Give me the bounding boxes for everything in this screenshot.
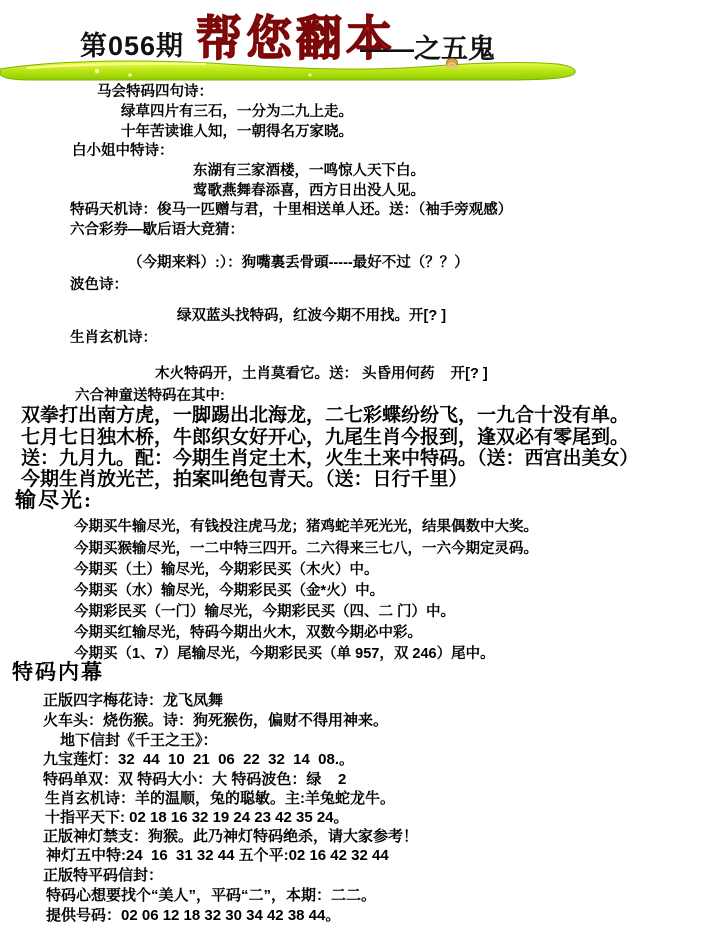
text-line: 今期买猴输尽光，一二中特三四开。二六得来三七八，一六今期定灵码。 xyxy=(74,541,538,558)
text-line: 木火特码开，土肖莫看它。送： 头昏用何药 开[? ] xyxy=(155,366,488,383)
text-line: 生肖玄机诗：羊的温顺，兔的聪敏。主:羊兔蛇龙牛。 xyxy=(45,790,395,807)
text-line: 正版神灯禁支：狗猴。此乃神灯特码绝杀，请大家参考！ xyxy=(43,828,418,845)
text-line: 生肖玄机诗： xyxy=(70,330,157,347)
text-line: 绿草四片有三石，一分为二九上走。 xyxy=(121,104,353,121)
text-line: 十指平天下: 02 18 16 32 19 24 23 42 35 24。 xyxy=(45,809,349,826)
text-line: 莺歌燕舞春添喜，西方日出没人见。 xyxy=(193,183,425,200)
text-line: 地下信封《千王之王》： xyxy=(60,732,218,749)
text-line: 今期买红输尽光，特码今期出火木，双数今期必中彩。 xyxy=(74,625,422,642)
text-line: 东湖有三家酒楼，一鸣惊人天下白。 xyxy=(193,163,425,180)
text-line: 今期彩民买（一门）输尽光，今期彩民买（四、二 门）中。 xyxy=(74,604,455,621)
text-line: 六合彩券—歇后语大竞猜： xyxy=(70,222,244,239)
banner-pebble xyxy=(308,73,312,77)
banner-pebble xyxy=(128,73,132,77)
text-line: 特码天机诗：俊马一匹赠与君，十里相送单人还。送：（袖手旁观感） xyxy=(70,202,512,219)
text-line: 六合神童送特码在其中: xyxy=(75,388,225,405)
text-line: 白小姐中特诗： xyxy=(72,143,174,160)
text-line: （今期来料）:）：狗嘴裏丢骨頭-----最好不过（？？） xyxy=(128,255,469,272)
lottery-tip-sheet-page: 第056期 帮您翻本 ——之五鬼 马会特码四句诗：绿草四片有三石，一分为二九上走… xyxy=(0,0,720,935)
text-line: 提供号码：02 06 12 18 32 30 34 42 38 44。 xyxy=(46,907,340,924)
text-line: 马会特码四句诗： xyxy=(97,84,213,101)
text-line: 绿双蓝头找特码，红波今期不用找。开[? ] xyxy=(177,308,446,325)
text-line: 特码心想要找个“美人”，平码“二”，本期：二二。 xyxy=(46,887,376,904)
snail-icon xyxy=(446,59,459,69)
text-line: 今期买（土）输尽光，今期彩民买（木火）中。 xyxy=(74,562,379,579)
text-line: 九宝莲灯：32 44 10 21 06 22 32 14 08.。 xyxy=(43,751,354,768)
banner-pebble xyxy=(95,69,100,74)
text-line: 送：九月九。配：今期生肖定土木，火生土来中特码。（送：西宫出美女） xyxy=(21,448,639,470)
text-line: 正版特平码信封： xyxy=(43,867,163,884)
text-line: 双拳打出南方虎，一脚踢出北海龙，二七彩蝶纷纷飞，一九合十没有单。 xyxy=(21,405,629,427)
text-line: 今期买（1、7）尾输尽光，今期彩民买（单 957，双 246）尾中。 xyxy=(74,646,495,663)
text-line: 正版四字梅花诗：龙飞凤舞 xyxy=(43,692,223,709)
text-line: 神灯五中特:24 16 31 32 44 五个平:02 16 42 32 44 xyxy=(46,847,389,864)
text-line: 今期买（水）输尽光，今期彩民买（金*火）中。 xyxy=(74,583,384,600)
text-line: 特码单双：双 特码大小：大 特码波色：绿 2 xyxy=(43,771,346,788)
text-line: 输尽光: xyxy=(15,488,93,512)
banner-decoration xyxy=(0,52,620,84)
text-line: 火车头：烧伤猴。诗：狗死猴伤，偏财不得用神来。 xyxy=(43,712,388,729)
text-line: 特码内幕 xyxy=(12,660,104,684)
text-line: 七月七日独木桥，牛郎织女好开心，九尾生肖今报到，逢双必有零尾到。 xyxy=(21,427,629,449)
text-line: 今期买牛输尽光，有钱投注虎马龙；猪鸡蛇羊死光光，结果偶数中大奖。 xyxy=(74,519,538,536)
text-line: 波色诗： xyxy=(70,277,128,294)
text-line: 十年苦读谁人知，一朝得名万家晓。 xyxy=(121,124,353,141)
